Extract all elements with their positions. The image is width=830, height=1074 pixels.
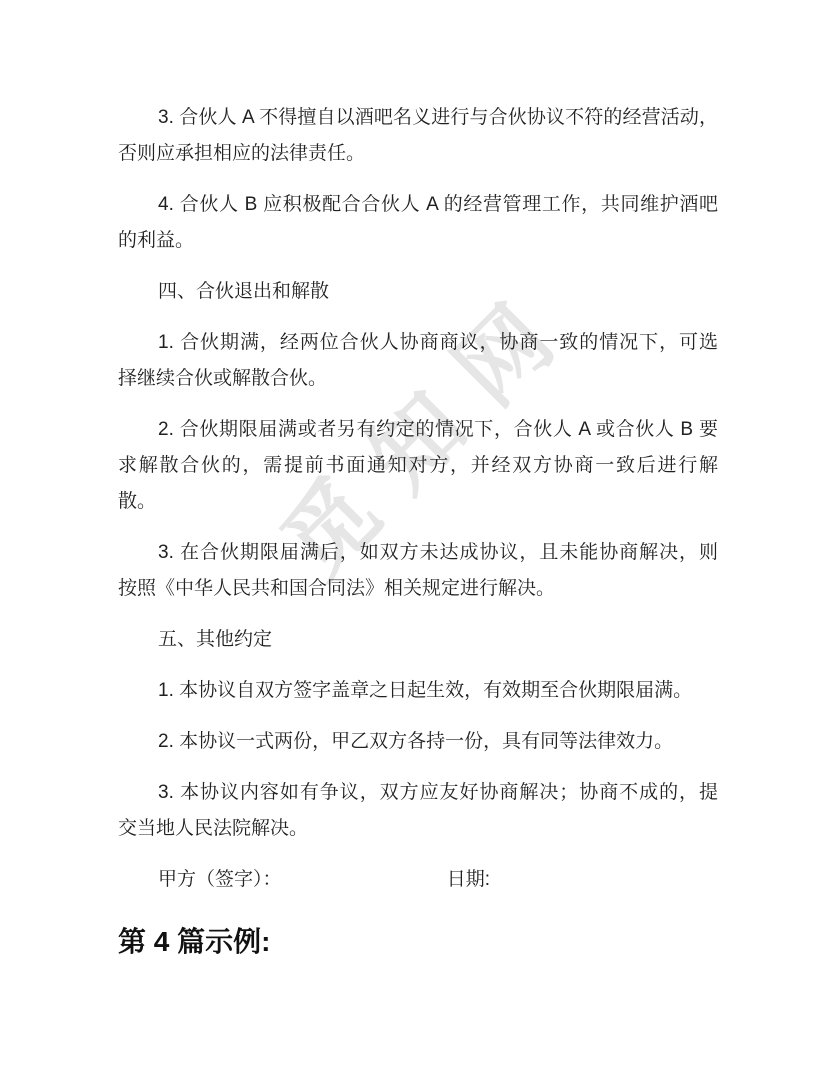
section-title-paragraph: 四、合伙退出和解散 [118, 274, 718, 310]
date-label: 日期: [447, 869, 490, 890]
party-signature-label: 甲方（签字）： [158, 869, 282, 890]
text-line: 四、合伙退出和解散 [118, 274, 718, 310]
section-heading: 第 4 篇示例: [118, 922, 718, 962]
paragraph: 2. 本协议一式两份，甲乙双方各持一份，具有同等法律效力。 [118, 724, 718, 760]
text-line: 散。 [118, 484, 718, 520]
text-line: 按照《中华人民共和国合同法》相关规定进行解决。 [118, 571, 718, 607]
paragraph: 4. 合伙人 B 应积极配合合伙人 A 的经营管理工作，共同维护酒吧 的利益。 [118, 187, 718, 259]
section-title-paragraph: 五、其他约定 [118, 622, 718, 658]
paragraph: 1. 合伙期满，经两位合伙人协商商议，协商一致的情况下，可选 择继续合伙或解散合… [118, 325, 718, 397]
text-line: 3. 本协议内容如有争议，双方应友好协商解决；协商不成的，提 [118, 775, 718, 811]
paragraph: 3. 本协议内容如有争议，双方应友好协商解决；协商不成的，提 交当地人民法院解决… [118, 775, 718, 847]
text-line: 1. 合伙期满，经两位合伙人协商商议，协商一致的情况下，可选 [118, 325, 718, 361]
text-line: 择继续合伙或解散合伙。 [118, 361, 718, 397]
paragraph: 3. 在合伙期限届满后，如双方未达成协议，且未能协商解决，则 按照《中华人民共和… [118, 535, 718, 607]
signature-line: 甲方（签字）： 日期: [118, 862, 718, 898]
text-line: 否则应承担相应的法律责任。 [118, 136, 718, 172]
text-line: 的利益。 [118, 223, 718, 259]
text-line: 交当地人民法院解决。 [118, 811, 718, 847]
paragraph: 1. 本协议自双方签字盖章之日起生效，有效期至合伙期限届满。 [118, 673, 718, 709]
text-line: 3. 在合伙期限届满后，如双方未达成协议，且未能协商解决，则 [118, 535, 718, 571]
text-line: 2. 合伙期限届满或者另有约定的情况下，合伙人 A 或合伙人 B 要 [118, 412, 718, 448]
document-page: 觅知网 3. 合伙人 A 不得擅自以酒吧名义进行与合伙协议不符的经营活动， 否则… [0, 0, 830, 1074]
text-line: 五、其他约定 [118, 622, 718, 658]
text-line: 4. 合伙人 B 应积极配合合伙人 A 的经营管理工作，共同维护酒吧 [118, 187, 718, 223]
text-line: 2. 本协议一式两份，甲乙双方各持一份，具有同等法律效力。 [118, 724, 718, 760]
document-content: 3. 合伙人 A 不得擅自以酒吧名义进行与合伙协议不符的经营活动， 否则应承担相… [0, 0, 830, 962]
paragraph: 3. 合伙人 A 不得擅自以酒吧名义进行与合伙协议不符的经营活动， 否则应承担相… [118, 100, 718, 172]
paragraph: 2. 合伙期限届满或者另有约定的情况下，合伙人 A 或合伙人 B 要 求解散合伙… [118, 412, 718, 520]
text-line: 1. 本协议自双方签字盖章之日起生效，有效期至合伙期限届满。 [118, 673, 718, 709]
text-line: 3. 合伙人 A 不得擅自以酒吧名义进行与合伙协议不符的经营活动， [118, 100, 718, 136]
text-line: 求解散合伙的，需提前书面通知对方，并经双方协商一致后进行解 [118, 448, 718, 484]
